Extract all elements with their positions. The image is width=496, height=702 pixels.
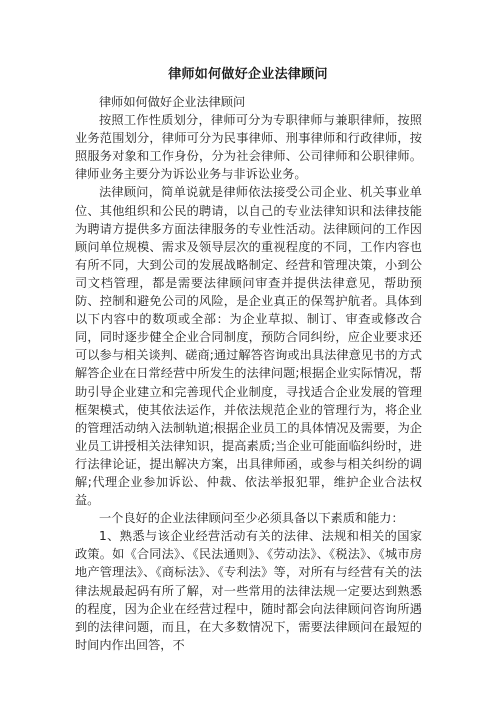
document-body: 律师如何做好企业法律顾问 按照工作性质划分，律师可分为专职律师与兼职律师，按照业… [75,93,422,654]
paragraph-subtitle: 律师如何做好企业法律顾问 [75,93,422,111]
document-title: 律师如何做好企业法律顾问 [0,63,496,82]
paragraph-lawyer-types: 按照工作性质划分，律师可分为专职律师与兼职律师，按照业务范围划分，律师可分为民事… [75,111,422,183]
paragraph-legal-counsel: 法律顾问，简单说就是律师依法接受公司企业、机关事业单位、其他组织和公民的聘请，以… [75,183,422,509]
paragraph-quality-1: 1、熟悉与该企业经营活动有关的法律、法规和相关的国家政策。如《合同法》、《民法通… [75,527,422,654]
paragraph-qualities-intro: 一个良好的企业法律顾问至少必须具备以下素质和能力： [75,509,422,527]
document-page: 律师如何做好企业法律顾问 律师如何做好企业法律顾问 按照工作性质划分，律师可分为… [0,0,496,702]
